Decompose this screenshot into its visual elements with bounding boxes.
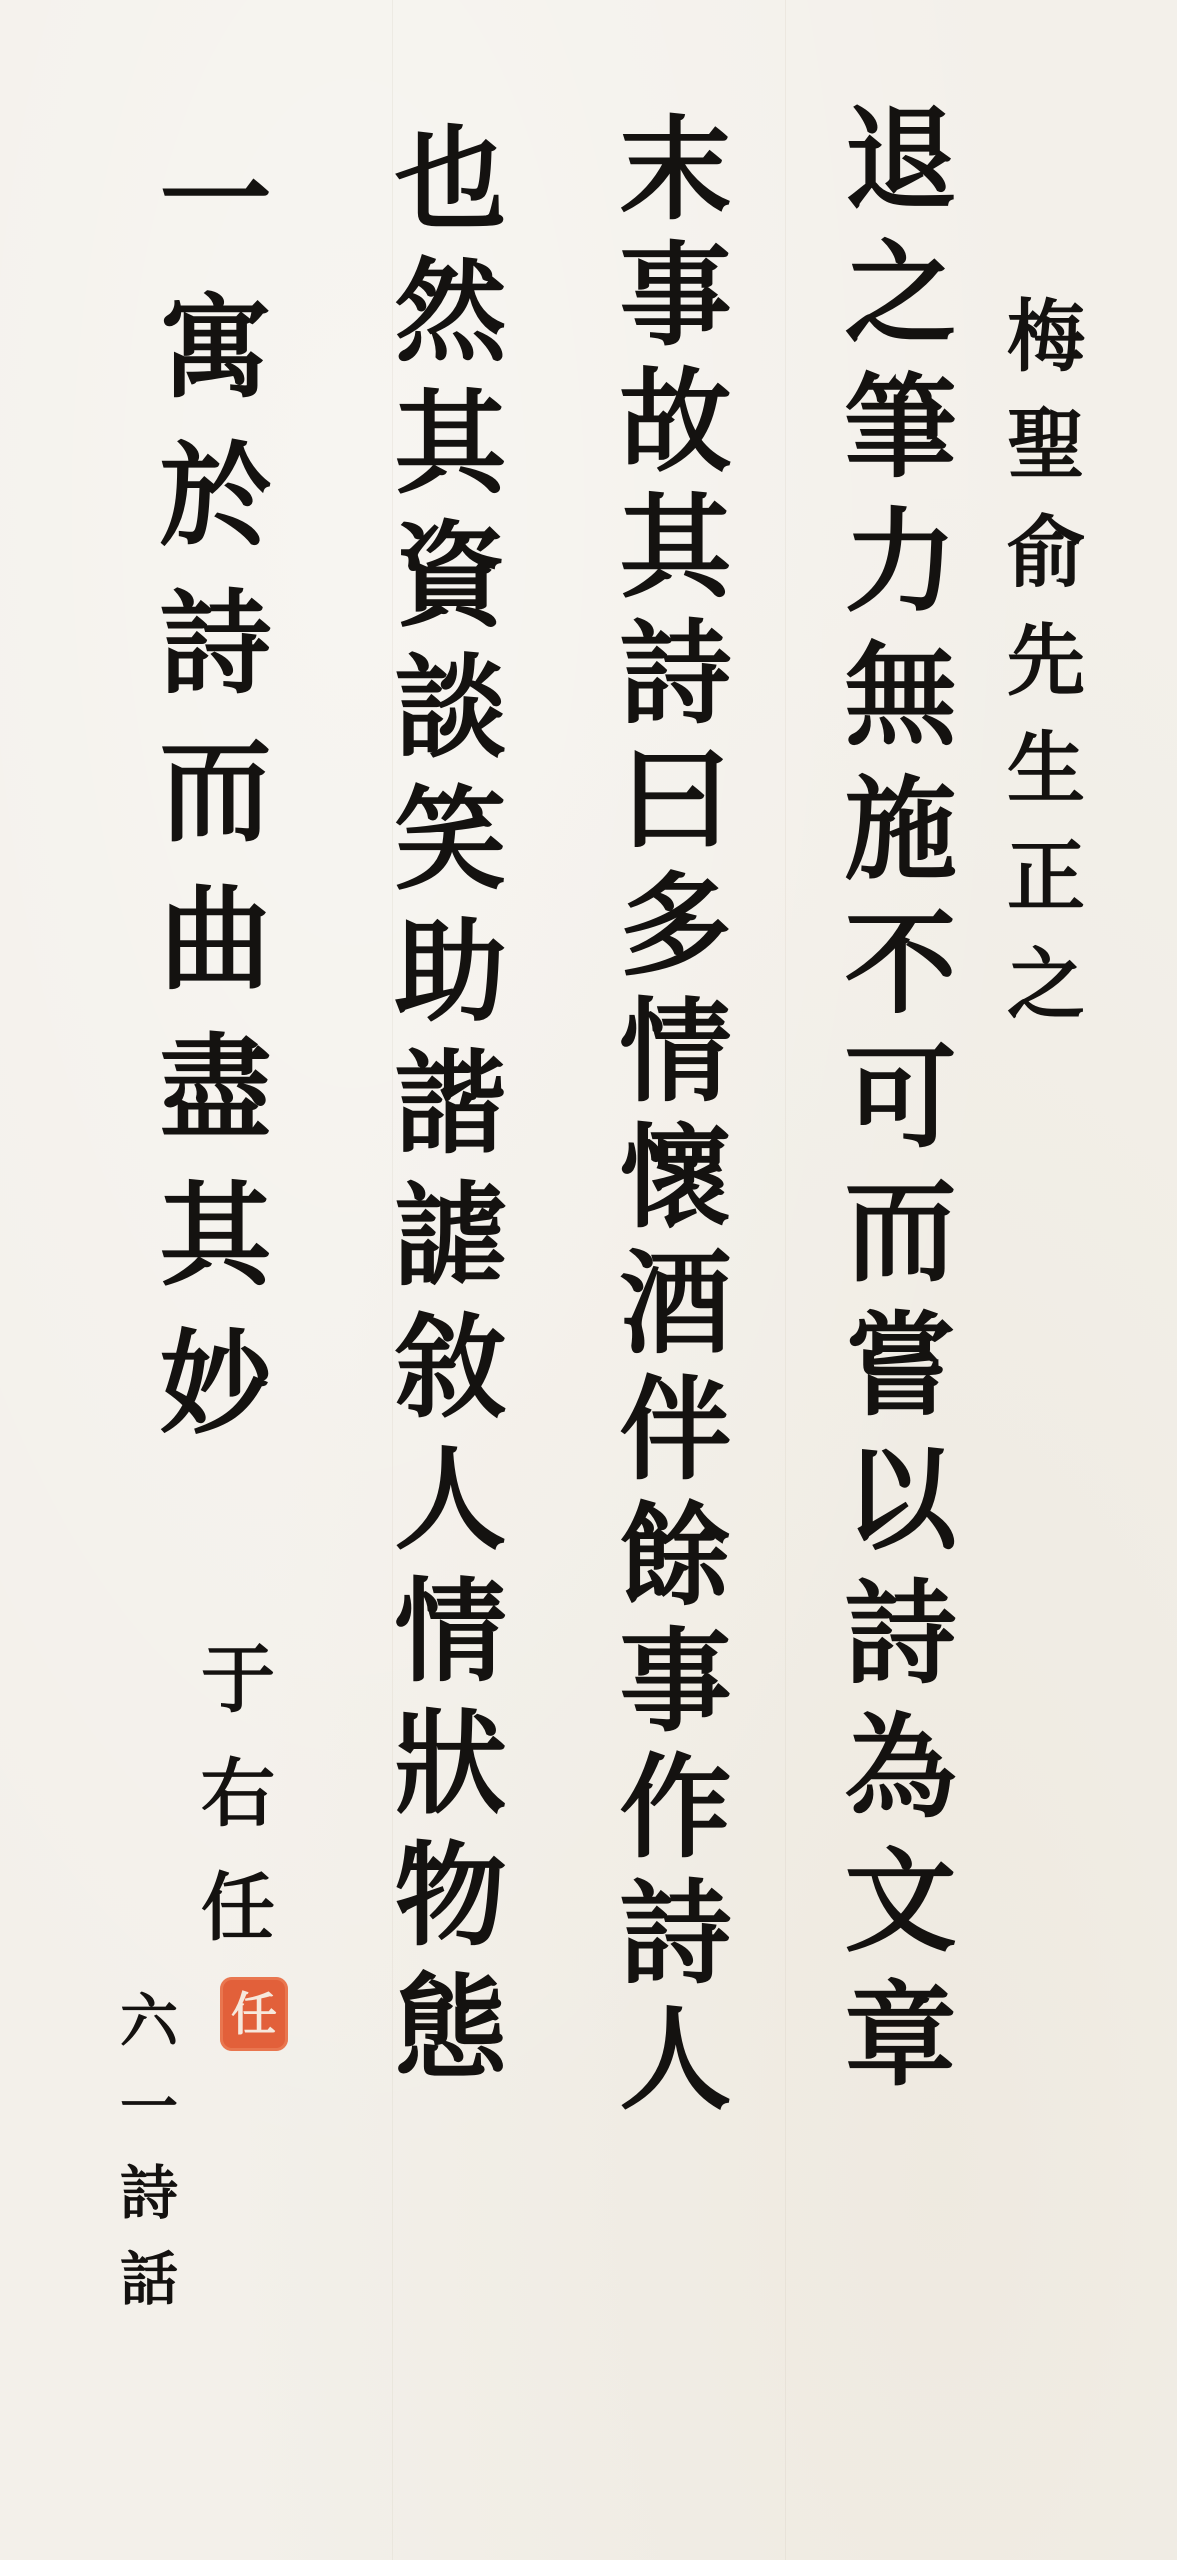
source-note-column: 六一詩話 (115, 1990, 173, 2334)
dedication-column: 梅聖俞先生正之 (1000, 295, 1078, 1051)
main-text-column-2: 末事故其詩曰多情懷酒伴餘事作詩人 (610, 110, 722, 2126)
main-text-column-4: 一寓於詩而曲盡其妙 (150, 140, 262, 1472)
artist-seal: 任 (220, 1977, 288, 2051)
seal-character: 任 (231, 1991, 277, 2037)
artist-signature: 于右任 (195, 1640, 269, 1982)
main-text-column-1: 退之筆力無施不可而嘗以詩為文章 (835, 100, 947, 2110)
main-text-column-3: 也然其資談笑助諧謔敘人情狀物態 (385, 120, 497, 2100)
paper-fold-line (785, 0, 786, 2560)
